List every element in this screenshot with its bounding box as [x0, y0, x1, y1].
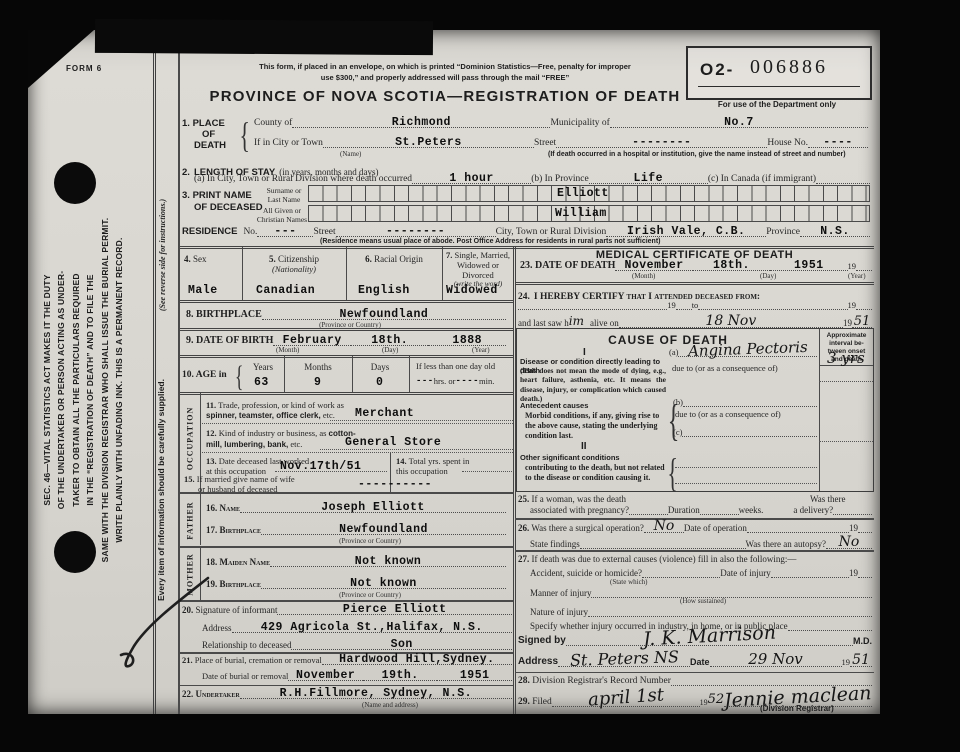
cause-a-line: (a) Angina Pectoris	[669, 347, 817, 357]
death-month-value[interactable]: November	[624, 259, 683, 272]
f2a-label: (a) In City, Town or Rural Division wher…	[194, 174, 412, 184]
pen-flourish-mark	[100, 572, 230, 682]
dotted-line[interactable]: 1951	[770, 262, 847, 271]
cause-b-label: (b)	[673, 397, 683, 407]
rule	[180, 355, 513, 358]
dotted-line[interactable]: Hardwood Hill,Sydney.	[322, 656, 512, 665]
informant-address[interactable]: 429 Agricola St.,Halifax, N.S.	[261, 621, 483, 634]
f27-state-which-cap: (State which)	[610, 578, 648, 586]
rule	[675, 467, 817, 468]
county-label: County of	[254, 118, 292, 128]
trade-value[interactable]: Merchant	[355, 407, 414, 420]
f12-label: 12. Kind of industry or business, as cot…	[206, 428, 356, 449]
rule	[819, 381, 873, 382]
dotted-line[interactable]	[856, 262, 872, 271]
f1-num: 1.	[182, 118, 190, 129]
death-day-value[interactable]: 18th.	[713, 259, 750, 272]
informant-address-line: Address 429 Agricola St.,Halifax, N.S.	[202, 623, 512, 633]
burial-place-line: 21. Place of burial, cremation or remova…	[182, 655, 512, 665]
house-no-value[interactable]: ----	[823, 136, 853, 149]
f23-month-cap: (Month)	[632, 272, 655, 280]
f3-print-name: PRINT NAME	[193, 190, 252, 201]
f25-was1: Was there	[810, 494, 846, 504]
f29-caption: (Division Registrar)	[760, 704, 834, 713]
f7-l1: Single, Married,	[455, 250, 510, 260]
dotted-line[interactable]: 51	[852, 319, 872, 328]
f19-caption: (Province or Country)	[310, 591, 430, 599]
dotted-line[interactable]: No	[644, 524, 684, 533]
less-than-day-label: If less than one day old	[416, 361, 495, 371]
cause-c-line: (c)	[673, 427, 817, 437]
dotted-line[interactable]	[682, 428, 817, 437]
f18-label: 18. Maiden Name	[206, 557, 270, 567]
rule	[330, 420, 513, 421]
f5-nationality: (Nationality)	[246, 264, 342, 274]
f24-from-line: 19 to 19	[518, 300, 872, 310]
dotted-line[interactable]: 18th.	[351, 337, 429, 346]
dotted-line[interactable]	[580, 540, 746, 549]
informant-relation-line: Relationship to deceased Son	[202, 640, 512, 650]
f9-label: 9. DATE OF BIRTH	[186, 335, 273, 346]
rule	[180, 328, 513, 331]
mail-notice-line1: This form, if placed in an envelope, on …	[210, 62, 680, 71]
scanned-death-registration: FORM 6 SEC. 46—VITAL STATISTICS ACT MAKE…	[0, 0, 960, 752]
antecedent-note: Morbid conditions, if any, giving rise t…	[525, 411, 665, 441]
f9-month-cap: (Month)	[276, 346, 299, 354]
hrs-value[interactable]: ---	[416, 376, 434, 386]
f27-acc-label: Accident, suicide or homicide?	[530, 568, 642, 578]
father-birthplace-line: 17. Birthplace Newfoundland	[206, 525, 506, 535]
other-brace: {	[667, 449, 678, 496]
cause-a-label: (a)	[669, 347, 678, 357]
stub-line: WRITE PLAINLY WITH UNFADING INK. THIS IS…	[112, 140, 126, 640]
f22-label: 22. Undertaker	[182, 689, 240, 699]
dotted-line[interactable]	[700, 506, 739, 515]
rule	[202, 423, 513, 424]
rule	[515, 550, 874, 552]
rule	[515, 672, 874, 673]
rule	[462, 471, 512, 472]
cause-due2: due to (or as a consequence of)	[675, 409, 781, 419]
informant-signature[interactable]: Pierce Elliott	[343, 603, 447, 616]
form-title: PROVINCE OF NOVA SCOTIA—REGISTRATION OF …	[180, 88, 710, 105]
f3-num: 3.	[182, 190, 190, 201]
residence-province-value[interactable]: N.S.	[820, 225, 850, 238]
days-label: Days	[355, 362, 405, 372]
rule	[515, 518, 874, 520]
f17-label: 17. Birthplace	[206, 525, 261, 535]
rule	[180, 685, 513, 686]
burial-day-value[interactable]: 19th.	[382, 669, 419, 682]
f27-19: 19	[849, 568, 858, 578]
cell-divider	[409, 356, 410, 392]
dotted-line[interactable]: 1 hour	[412, 175, 531, 184]
f25-l2: associated with pregnancy?	[530, 505, 629, 515]
dotted-line[interactable]	[642, 569, 720, 578]
f17-caption: (Province or Country)	[310, 537, 430, 545]
informant-relationship[interactable]: Son	[391, 638, 413, 651]
spouse-value[interactable]: ----------	[358, 478, 432, 491]
rule	[180, 392, 513, 395]
surname-value[interactable]: Elliott	[557, 187, 609, 200]
registration-form: This form, if placed in an envelope, on …	[178, 30, 874, 714]
municipality-value[interactable]: No.7	[724, 116, 754, 129]
f4-sex: Sex	[193, 254, 207, 264]
given-name-label: All Given or Christian Names	[256, 206, 308, 224]
signed-by-label: Signed by	[518, 635, 566, 646]
name-caption: (Name)	[340, 150, 361, 158]
f1-of: OF	[202, 129, 215, 140]
f9-year-cap: (Year)	[472, 346, 490, 354]
residence-division-label: City, Town or Rural Division	[496, 227, 607, 237]
stamp-underline	[698, 86, 860, 87]
surname-label-l2: Last Name	[262, 195, 306, 204]
city-line: If in City or Town St.Peters Street ----…	[254, 138, 868, 148]
f6-label: 6. Racial Origin	[350, 254, 438, 264]
scan-edge-notch	[95, 19, 433, 55]
dotted-line[interactable]: Newfoundland	[262, 311, 506, 320]
signed-addr-label: Address	[518, 656, 558, 667]
cell-divider	[346, 247, 347, 300]
given-label-l1: All Given or	[256, 206, 308, 215]
dotted-line[interactable]	[518, 301, 667, 310]
dotted-line[interactable]: Richmond	[292, 119, 550, 128]
f1-num-label: 1. PLACE	[182, 118, 225, 129]
cell-divider	[352, 356, 353, 392]
f23-19: 19	[848, 261, 857, 271]
dotted-line[interactable]: No	[826, 540, 872, 549]
undertaker-value[interactable]: R.H.Fillmore, Sydney, N.S.	[280, 687, 472, 700]
dotted-line[interactable]: Son	[291, 641, 512, 650]
dotted-line[interactable]	[676, 301, 692, 310]
rule	[320, 449, 513, 450]
dotted-line[interactable]: --------	[336, 228, 496, 237]
f24-19a: 19	[667, 300, 676, 310]
other-note: contributing to the death, but not relat…	[525, 463, 665, 483]
last-saw-date-hand[interactable]: 18 Nov	[705, 313, 756, 329]
burial-place-value[interactable]: Hardwood Hill,Sydney.	[339, 653, 494, 666]
residence-label: RESIDENCE	[182, 226, 237, 237]
dotted-line[interactable]	[858, 524, 872, 533]
dotted-line[interactable]	[816, 175, 870, 184]
father-name-line: 16. Name Joseph Elliott	[206, 503, 506, 513]
given-label-l2: Christian Names	[256, 215, 308, 224]
residence-division-value[interactable]: Irish Vale, C.B.	[627, 225, 745, 238]
sex-value[interactable]: Male	[188, 284, 218, 297]
physician-address-hand[interactable]: St. Peters NS	[569, 647, 678, 670]
f26-autopsy-label: Was there an autopsy?	[746, 539, 827, 549]
f1-place: PLACE	[193, 118, 225, 129]
f26-findings-label: State findings	[530, 539, 580, 549]
f27-manner-label: Manner of injury	[530, 588, 591, 598]
dotted-line[interactable]: November	[615, 262, 692, 271]
f24-to: to	[692, 300, 699, 310]
marital-status-value[interactable]: Widowed	[446, 284, 498, 297]
f25-delivery: a delivery?	[793, 505, 833, 515]
interval-a-hand[interactable]: 3 yrs	[827, 349, 865, 367]
f29-19: 19	[700, 698, 708, 707]
industry-value[interactable]: General Store	[345, 436, 441, 449]
hospital-note: (If death occurred in a hospital or inst…	[548, 151, 846, 158]
burial-date-line: Date of burial or removal November 19th.…	[202, 671, 512, 681]
f25-duration: Duration	[668, 505, 700, 515]
dotted-line[interactable]: 29 Nov	[710, 658, 842, 667]
f23-label: 23. DATE OF DEATH	[520, 260, 615, 271]
dotted-line[interactable]: November	[288, 672, 363, 681]
cell-divider	[284, 356, 285, 392]
dotted-line[interactable]	[629, 506, 668, 515]
mother-maiden-value[interactable]: Not known	[355, 555, 422, 568]
residence-note: (Residence means usual place of abode. P…	[320, 238, 661, 245]
municipality-label: Municipality of	[550, 118, 609, 128]
cause-of-death-box: CAUSE OF DEATH Approximate interval be- …	[516, 328, 874, 492]
f26-19: 19	[849, 523, 858, 533]
racial-origin-value[interactable]: English	[358, 284, 410, 297]
f1-death: DEATH	[194, 140, 226, 151]
stay-city-value[interactable]: 1 hour	[449, 172, 493, 185]
f25-l1: 25. If a woman, was the death	[518, 494, 626, 504]
months-label: Months	[288, 362, 348, 372]
dotted-line[interactable]: St.Peters	[323, 139, 534, 148]
cause-c-label: (c)	[673, 427, 682, 437]
hrs-label: hrs. or	[434, 376, 456, 386]
surname-grid[interactable]: Elliott	[308, 185, 870, 202]
dotted-line[interactable]	[833, 506, 872, 515]
f26-line2: State findings Was there an autopsy? No	[530, 539, 872, 549]
city-value[interactable]: St.Peters	[395, 136, 462, 149]
dotted-line[interactable]: No.7	[610, 119, 868, 128]
mother-birthplace-value[interactable]: Not known	[350, 577, 417, 590]
f4-label: 4. Sex	[184, 254, 207, 264]
stub-line: SAME WITH THE DIVISION REGISTRAR WHO SHA…	[98, 140, 112, 640]
dotted-line[interactable]: 18 Nov	[619, 319, 843, 328]
dotted-line[interactable]	[771, 569, 849, 578]
signed-line: Signed by J. K. Marrison M.D.	[518, 635, 872, 646]
surname-label-l1: Surname or	[262, 186, 306, 195]
dotted-line[interactable]: Angina Pectoris	[678, 348, 817, 357]
dotted-line[interactable]: Newfoundland	[261, 526, 506, 535]
dotted-line[interactable]: Not known	[270, 558, 506, 567]
street-label: Street	[534, 138, 556, 148]
stay-province-value[interactable]: Life	[633, 172, 663, 185]
f14-label: 14. Total yrs. spent in this occupation	[396, 456, 469, 476]
registration-number-box: O2- 006886	[686, 46, 872, 100]
residence-no-label: No.	[243, 227, 257, 237]
dotted-line[interactable]: --------	[556, 139, 767, 148]
dotted-line[interactable]: 1951	[437, 672, 512, 681]
f26-line1: 26. Was there a surgical operation? No D…	[518, 523, 872, 533]
death-year-value[interactable]: 1951	[794, 259, 824, 272]
filed-year-hand[interactable]: 52	[708, 692, 725, 707]
f27-injdate-label: Date of injury	[720, 568, 770, 578]
stamp-caption: For use of the Department only	[686, 100, 868, 109]
cause-due1: due to (or as a consequence of)	[672, 363, 778, 373]
house-no-label: House No.	[767, 138, 808, 148]
dotted-line[interactable]	[588, 608, 872, 617]
mother-maiden-line: 18. Maiden Name Not known	[206, 557, 506, 567]
father-side-label: FATHER	[186, 497, 195, 545]
f8-label: 8. BIRTHPLACE	[186, 309, 262, 320]
f1-brace: {	[239, 114, 249, 156]
death-date-line: 23. DATE OF DEATH November 18th. 1951 19	[520, 260, 872, 271]
rule	[515, 282, 874, 285]
autopsy-value-hand[interactable]: No	[839, 534, 860, 550]
f6-racial-origin: Racial Origin	[374, 254, 423, 264]
f24-19b: 19	[848, 300, 857, 310]
dotted-line[interactable]: St. Peters NS	[558, 658, 690, 667]
date-of-birth-line: 9. DATE OF BIRTH February 18th. 1888	[186, 335, 506, 346]
f7-l2: Widowed or Divorced	[444, 261, 512, 281]
f3-label1: 3. PRINT NAME	[182, 190, 252, 201]
f5-label: 5. Citizenship (Nationality)	[246, 254, 342, 274]
burial-month-value[interactable]: November	[296, 669, 355, 682]
registration-number: 006886	[750, 56, 828, 79]
f2-entry-line: (a) In City, Town or Rural Division wher…	[194, 174, 870, 184]
form-number-label: FORM 6	[66, 64, 102, 73]
age-days-value[interactable]: 0	[376, 376, 383, 389]
dotted-line[interactable]: 429 Agricola St.,Halifax, N.S.	[232, 624, 513, 633]
punch-hole	[54, 531, 96, 573]
dotted-line[interactable]: N.S.	[800, 228, 870, 237]
county-value[interactable]: Richmond	[392, 116, 451, 129]
dotted-line[interactable]: 18th.	[693, 262, 770, 271]
f22-caption: (Name and address)	[320, 701, 460, 709]
operation-value-hand[interactable]: No	[654, 518, 675, 534]
rule	[202, 452, 513, 453]
f24-19c: 19	[843, 318, 852, 328]
surname-label: Surname or Last Name	[262, 186, 306, 204]
dotted-line[interactable]: 1888	[428, 337, 506, 346]
dotted-line[interactable]: Pierce Elliott	[277, 606, 512, 615]
min-label: min.	[479, 376, 494, 386]
age-months-value[interactable]: 9	[314, 376, 321, 389]
cause-b-line: (b)	[673, 397, 817, 407]
f27-how-sustained-cap: (How sustained)	[680, 597, 726, 605]
city-label: If in City or Town	[254, 138, 323, 148]
margin-note-instructions: (See reverse side for instructions.)	[158, 145, 172, 365]
burial-year-value[interactable]: 1951	[460, 669, 490, 682]
undertaker-line: 22. Undertaker R.H.Fillmore, Sydney, N.S…	[182, 689, 512, 699]
citizenship-value[interactable]: Canadian	[256, 284, 315, 297]
stub-line: SEC. 46—VITAL STATISTICS ACT MAKES IT TH…	[40, 140, 54, 640]
dotted-line[interactable]: april 1st	[552, 698, 700, 707]
age-years-value[interactable]: 63	[254, 376, 269, 389]
f27-intro: 27. If death was due to external causes …	[518, 554, 796, 564]
f2c-label: (c) In Canada (if immigrant)	[708, 174, 816, 184]
f5-citizenship: Citizenship	[278, 254, 319, 264]
birthplace-value[interactable]: Newfoundland	[339, 308, 428, 321]
f23-year-cap: (Year)	[848, 272, 866, 280]
father-name-value[interactable]: Joseph Elliott	[321, 501, 425, 514]
hrs-min-line: --- hrs. or ---- min.	[416, 376, 510, 386]
rule	[675, 483, 817, 484]
dotted-line[interactable]: ---	[257, 228, 313, 237]
dotted-line[interactable]	[747, 524, 849, 533]
street-value[interactable]: --------	[632, 136, 691, 149]
informant-sig-line: 20. Signature of informant Pierce Elliot…	[182, 605, 512, 615]
signed-date-hand[interactable]: 29 Nov	[748, 650, 803, 668]
last-saw-year-hand[interactable]: 51	[854, 314, 871, 329]
f5-num: 5.	[269, 254, 276, 264]
f25-weeks: weeks.	[739, 505, 764, 515]
dotted-line[interactable]: 19th.	[363, 672, 438, 681]
f9-day-cap: (Day)	[382, 346, 398, 354]
signed-year-hand[interactable]: 51	[852, 652, 870, 668]
f10-label: 10. AGE in	[182, 370, 227, 380]
f27-nature-label: Nature of injury	[530, 607, 588, 617]
f6-num: 6.	[365, 254, 372, 264]
dotted-line[interactable]: February	[273, 337, 351, 346]
county-line: County of Richmond Municipality of No.7	[254, 118, 868, 128]
occupation-side-label: OCCUPATION	[186, 404, 195, 474]
antecedent-label: Antecedent causes	[520, 401, 588, 410]
f15-label: 15. If married give name of wife or husb…	[184, 474, 295, 494]
dotted-line[interactable]	[591, 589, 872, 598]
disease-note: (This does not mean the mode of dying, e…	[520, 366, 666, 404]
dotted-line[interactable]: 51	[850, 658, 872, 667]
given-name-value[interactable]: William	[555, 207, 607, 220]
signed-date-label: Date	[690, 657, 710, 667]
cause-sec2-roman: II	[581, 441, 587, 452]
f24-saw-label: and last saw h	[518, 318, 569, 328]
cause-a-value-hand[interactable]: Angina Pectoris	[688, 338, 808, 360]
dotted-line[interactable]: Joseph Elliott	[240, 504, 506, 513]
dotted-line[interactable]: Irish Vale, C.B.	[606, 228, 766, 237]
dotted-line[interactable]: Life	[589, 175, 708, 184]
dotted-line[interactable]: ----	[808, 139, 868, 148]
rule	[275, 471, 387, 472]
cell-divider	[242, 247, 243, 300]
f7-num: 7.	[446, 250, 452, 260]
dotted-line[interactable]	[683, 398, 817, 407]
registration-number-prefix: O2-	[700, 60, 734, 80]
rule	[180, 546, 513, 548]
dotted-line[interactable]	[858, 569, 872, 578]
f2-num: 2.	[182, 167, 190, 178]
mother-birthplace-line: 19. Birthplace Not known	[206, 579, 506, 589]
residence-no-value[interactable]: ---	[274, 225, 296, 238]
dotted-line[interactable]: R.H.Fillmore, Sydney, N.S.	[240, 690, 512, 699]
dotted-line[interactable]	[698, 301, 847, 310]
mail-notice-line2: use $300,” and properly addressed will p…	[210, 73, 680, 82]
rule	[180, 300, 513, 303]
residence-province-label: Province	[766, 227, 800, 237]
given-name-grid[interactable]: William	[308, 205, 870, 222]
interval-divider	[819, 329, 820, 491]
f26-opdate-label: Date of operation	[684, 523, 747, 533]
residence-street-label: Street	[313, 227, 335, 237]
cell-divider	[442, 247, 443, 300]
f2b-label: (b) In Province	[531, 174, 589, 184]
dotted-line[interactable]: J. K. Marrison	[566, 637, 853, 646]
f24-last-saw-line: and last saw h im alive on 18 Nov 19 51	[518, 314, 872, 328]
father-birthplace-value[interactable]: Newfoundland	[339, 523, 428, 536]
residence-street-value[interactable]: --------	[386, 225, 445, 238]
f25-line2: associated with pregnancy? Duration week…	[530, 505, 872, 515]
filed-date-hand[interactable]: april 1st	[587, 684, 664, 710]
dotted-line[interactable]	[856, 301, 872, 310]
min-value[interactable]: ----	[455, 376, 479, 386]
punch-hole	[54, 162, 96, 204]
last-saw-pronoun-hand[interactable]: im	[569, 314, 584, 328]
dotted-line[interactable]: Not known	[261, 580, 506, 589]
dotted-line[interactable]	[788, 622, 872, 631]
f11-label: 11. Trade, profession, or kind of work a…	[206, 400, 344, 421]
f4-num: 4.	[184, 254, 191, 264]
signed-19: 19	[842, 657, 851, 667]
f23-day-cap: (Day)	[760, 272, 776, 280]
birthplace-line: 8. BIRTHPLACE Newfoundland	[186, 309, 506, 320]
